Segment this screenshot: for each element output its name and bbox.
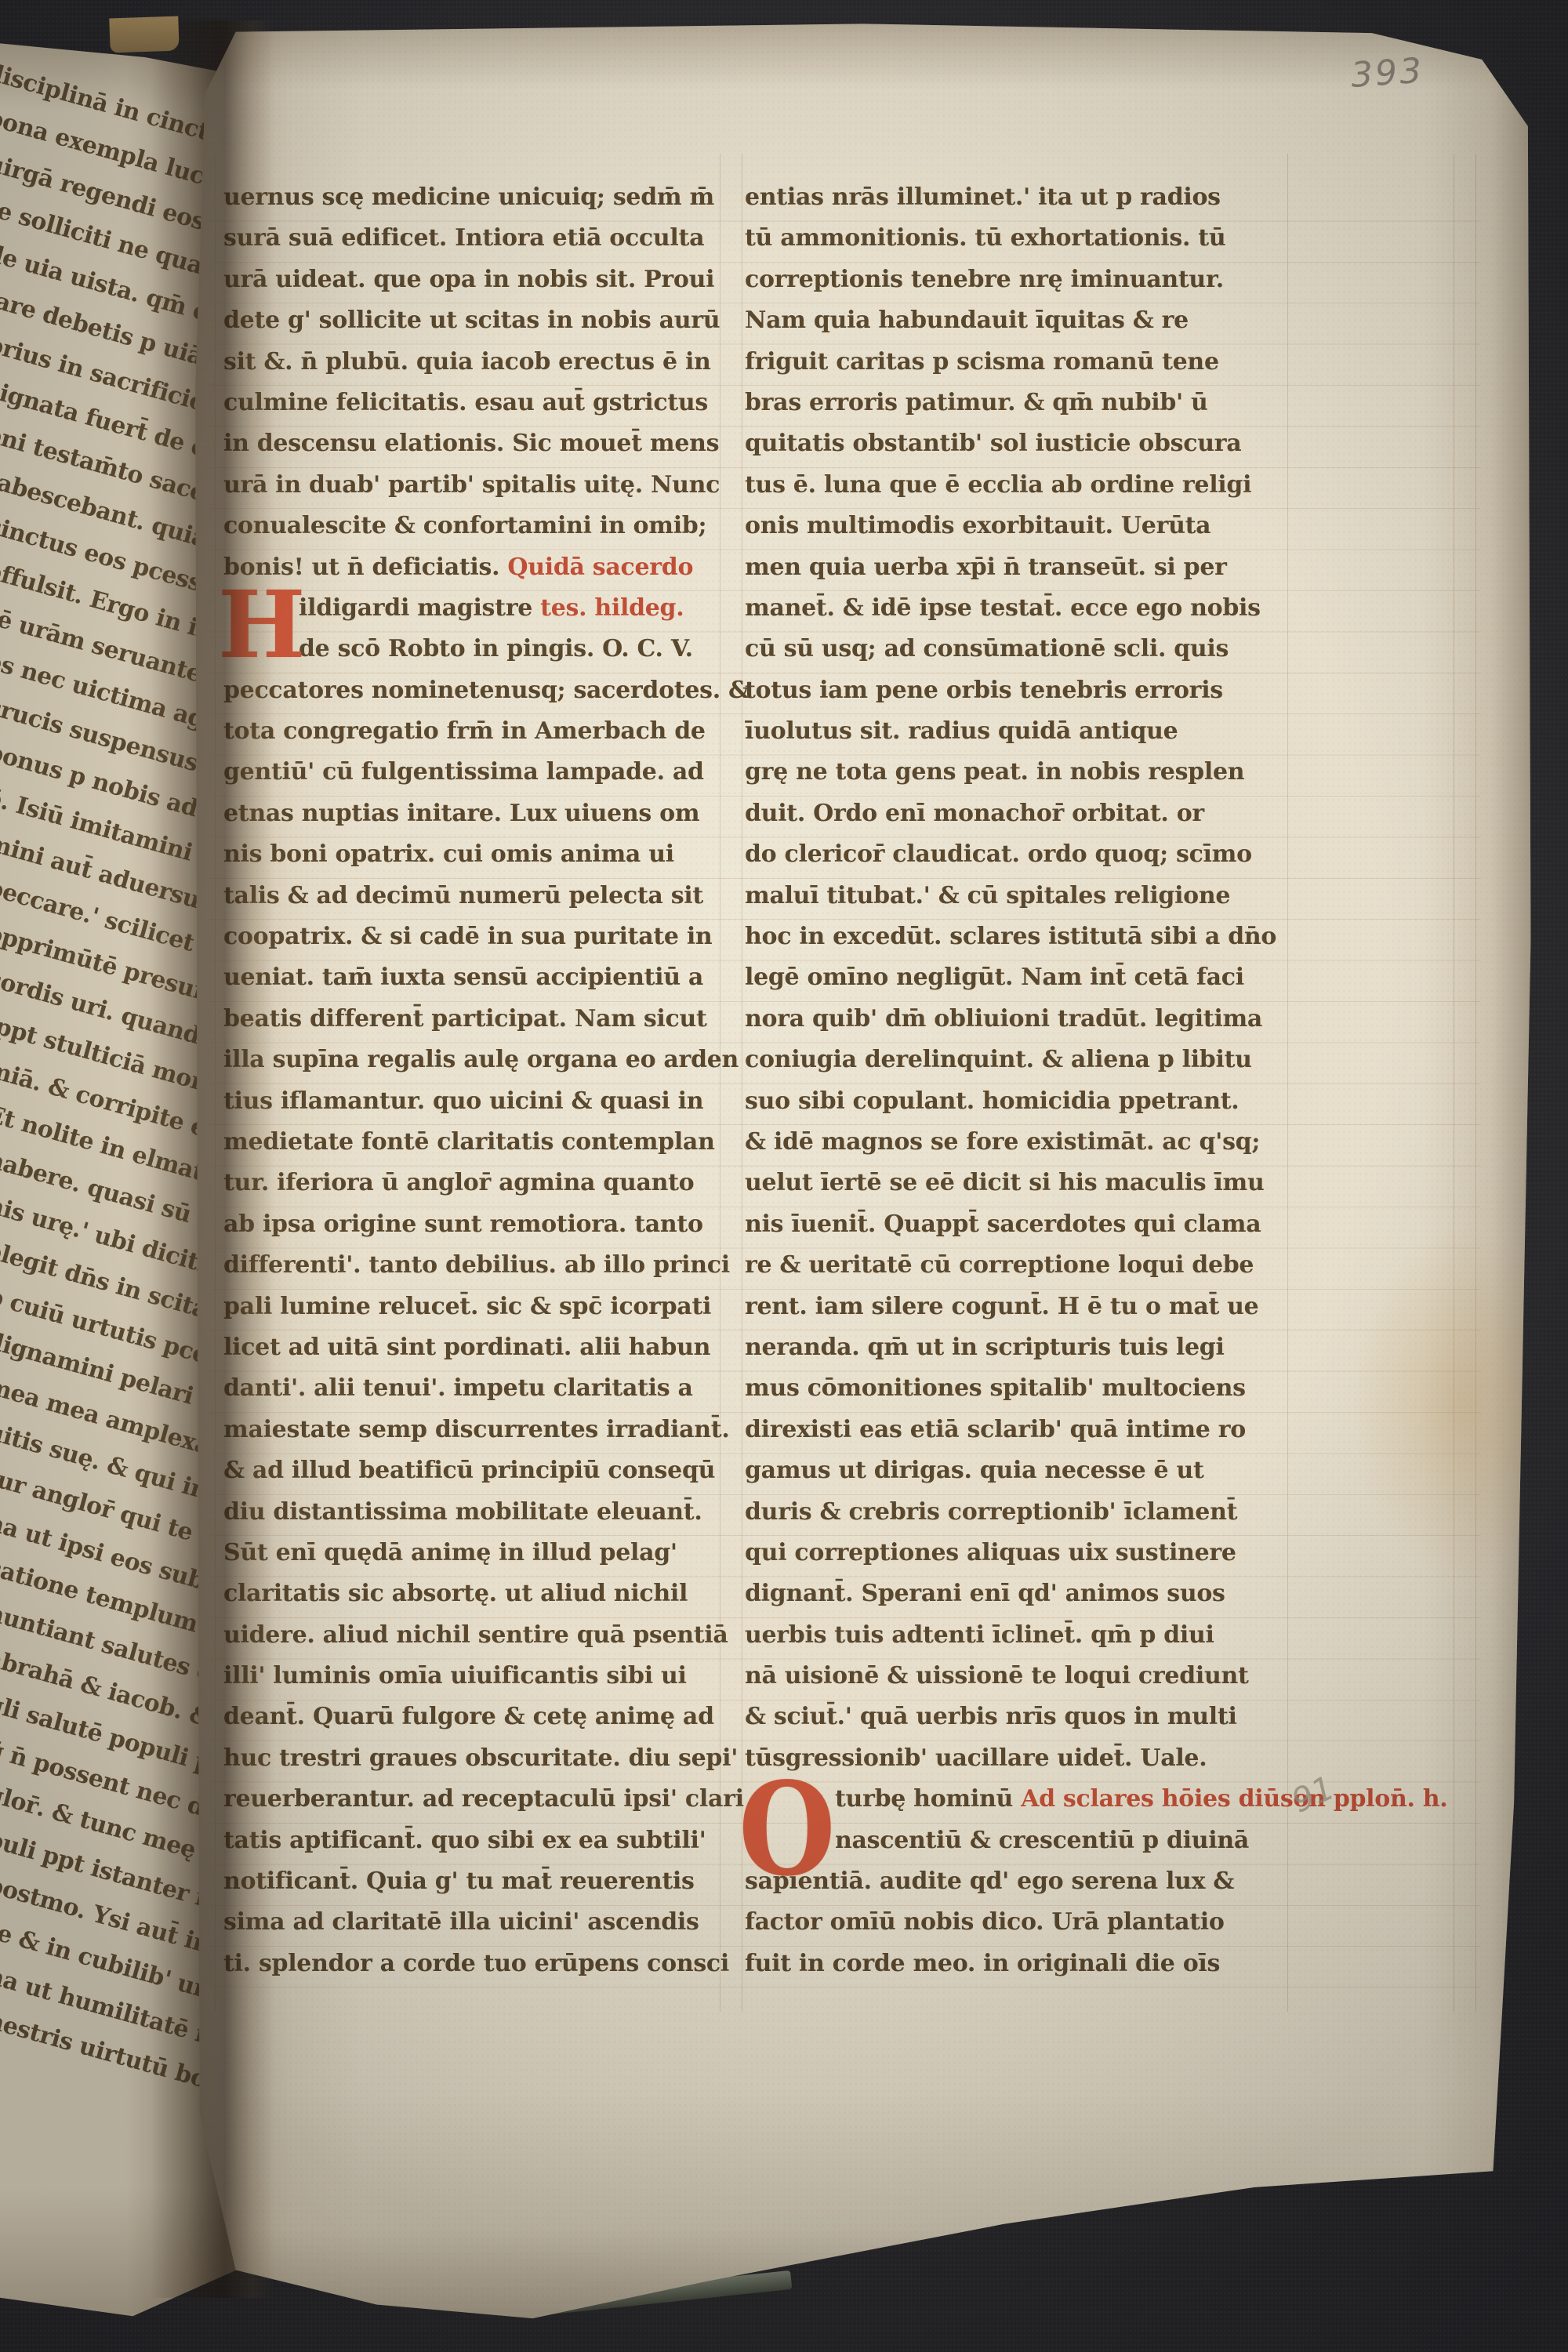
line-text: coopatrix. & si cadē in sua puritate in bbox=[223, 923, 712, 950]
line-text: beatis different̄ participat. Nam sicut bbox=[223, 1005, 707, 1033]
line-text: men quia uerba xp̄i n̄ transeūt. si per bbox=[745, 554, 1227, 581]
line-text: nā uisionē & uissionē te loqui crediunt bbox=[745, 1662, 1249, 1690]
line-text: fuit in corde meo. in originali die oīs bbox=[745, 1950, 1220, 1977]
line-text: turbę hominū bbox=[835, 1785, 1021, 1813]
line-text: rent. iam silere cogunt̄. H ē tu o mat̄ … bbox=[745, 1293, 1258, 1320]
line-text: tatis aptificant̄. quo sibi ex ea subtil… bbox=[223, 1827, 706, 1854]
line-text: gentiū' cū fulgentissima lampade. ad bbox=[223, 758, 704, 786]
line-text: sit &. n̄ plubū. quia iacob erectus ē in bbox=[223, 348, 711, 376]
text-line: tū ammonitionis. tū exhortationis. tū bbox=[745, 218, 1356, 259]
line-text: dete g' sollicite ut scitas in nobis aur… bbox=[223, 307, 720, 334]
text-line: conualescite & confortamini in omib; bbox=[223, 506, 725, 546]
text-line: pali lumine relucet̄. sic & spc̄ icorpat… bbox=[223, 1287, 725, 1327]
line-text: tus ē. luna que ē ecclia ab ordine relig… bbox=[745, 471, 1251, 499]
text-line: talis & ad decimū numerū pelecta sit bbox=[223, 876, 725, 916]
line-text: conualescite & confortamini in omib; bbox=[223, 512, 706, 539]
line-text: culmine felicitatis. esau aut̄ gstrictus bbox=[223, 389, 708, 416]
rubric-text: tes. hildeg. bbox=[540, 594, 684, 622]
main-page: 393 91 uernus scę medicine unicuiq; sedm… bbox=[140, 20, 1534, 2321]
line-text: legē omīno negligūt. Nam int̄ cetā faci bbox=[745, 964, 1244, 991]
text-line: sima ad claritatē illa uicini' ascendis bbox=[223, 1902, 725, 1943]
text-line: illi' luminis omīa uiuificantis sibi ui bbox=[223, 1656, 725, 1697]
line-text: nis īuenit̄. Quappt̄ sacerdotes qui clam… bbox=[745, 1210, 1261, 1238]
text-line: maiestate semp discurrentes irradiant̄. bbox=[223, 1410, 725, 1450]
line-text: Sūt enī quędā animę in illud pelag' bbox=[223, 1539, 677, 1566]
text-line: uerbis tuis adtenti īclinet̄. qm̄ p diui bbox=[745, 1615, 1356, 1656]
line-text: huc trestri graues obscuritate. diu sepi… bbox=[223, 1744, 738, 1772]
text-line: īuolutus sit. radius quidā antique bbox=[745, 711, 1356, 752]
text-line: medietate fontē claritatis contemplan bbox=[223, 1122, 725, 1163]
line-text: tota congregatio frm̄ in Amerbach de bbox=[223, 717, 706, 745]
line-text: & idē magnos se fore existimāt. ac q'sq; bbox=[745, 1128, 1260, 1156]
line-text: medietate fontē claritatis contemplan bbox=[223, 1128, 715, 1156]
text-line: maluī titubat.' & cū spitales religione bbox=[745, 876, 1356, 916]
line-text: cū sū usq; ad consūmationē scli. quis bbox=[745, 635, 1229, 662]
text-line: danti'. alii tenui'. impetu claritatis a bbox=[223, 1368, 725, 1409]
line-text: quitatis obstantib' sol iusticie obscura bbox=[745, 430, 1241, 457]
text-line: ti. splendor a corde tuo erūpens consci bbox=[223, 1944, 725, 1984]
line-text: uelut īertē se eē dicit si his maculis ī… bbox=[745, 1169, 1264, 1196]
text-line: grę ne tota gens peat. in nobis resplen bbox=[745, 752, 1356, 793]
line-text: licet ad uitā sint pordinati. alii habun bbox=[223, 1334, 710, 1361]
line-text: claritatis sic absortę. ut aliud nichil bbox=[223, 1580, 688, 1607]
line-text: hoc in excedūt. sclares istitutā sibi a … bbox=[745, 923, 1276, 950]
initial-H: H bbox=[218, 582, 306, 668]
text-line: direxisti eas etiā sclarib' quā intime r… bbox=[745, 1410, 1356, 1450]
text-line: diu distantissima mobilitate eleuant̄. bbox=[223, 1492, 725, 1533]
text-column-1: uernus scę medicine unicuiq; sedm̄ m̄sur… bbox=[223, 177, 725, 1984]
line-text: diu distantissima mobilitate eleuant̄. bbox=[223, 1498, 702, 1526]
line-text: deant̄. Quarū fulgore & cetę animę ad bbox=[223, 1703, 714, 1730]
line-text: peccatores nominetenusq; sacerdotes. & bbox=[223, 677, 750, 704]
text-line: entias nrās illuminet.' ita ut p radios bbox=[745, 177, 1356, 218]
text-line: coniugia derelinquint. & aliena p libitu bbox=[745, 1040, 1356, 1080]
text-line: uelut īertē se eē dicit si his maculis ī… bbox=[745, 1163, 1356, 1203]
line-text: do clericor̄ claudicat. ordo quoq; scīmo bbox=[745, 840, 1252, 868]
text-line: tatis aptificant̄. quo sibi ex ea subtil… bbox=[223, 1820, 725, 1861]
text-line: dete g' sollicite ut scitas in nobis aur… bbox=[223, 300, 725, 341]
text-line: etnas nuptias initare. Lux uiuens om bbox=[223, 793, 725, 834]
text-line: beatis different̄ participat. Nam sicut bbox=[223, 999, 725, 1040]
line-text: mus cōmonitiones spitalib' multociens bbox=[745, 1374, 1246, 1402]
stain bbox=[1351, 1228, 1568, 1581]
text-line: correptionis tenebre nrę iminuantur. bbox=[745, 260, 1356, 300]
text-line: dignant̄. Sperani enī qd' animos suos bbox=[745, 1573, 1356, 1614]
line-text: uidere. aliud nichil sentire quā psentiā bbox=[223, 1621, 728, 1649]
line-text: onis multimodis exorbitauit. Uerūta bbox=[745, 512, 1210, 539]
text-line: coopatrix. & si cadē in sua puritate in bbox=[223, 916, 725, 957]
line-text: nora quib' dm̄ obliuioni tradūt. legitim… bbox=[745, 1005, 1262, 1033]
line-text: & sciut̄.' quā uerbis nrīs quos in multi bbox=[745, 1703, 1237, 1730]
text-line: ueniat. tam̄ iuxta sensū accipientiū a bbox=[223, 957, 725, 998]
vertical-rule bbox=[1475, 154, 1476, 2012]
line-text: grę ne tota gens peat. in nobis resplen bbox=[745, 758, 1244, 786]
line-text: neranda. qm̄ ut in scripturis tuis legi bbox=[745, 1334, 1225, 1361]
line-text: uernus scę medicine unicuiq; sedm̄ m̄ bbox=[223, 183, 714, 211]
line-text: gamus ut dirigas. quia necesse ē ut bbox=[745, 1457, 1204, 1484]
line-text: illa supīna regalis aulę organa eo arden bbox=[223, 1046, 739, 1073]
text-line: nora quib' dm̄ obliuioni tradūt. legitim… bbox=[745, 999, 1356, 1040]
text-line: & sciut̄.' quā uerbis nrīs quos in multi bbox=[745, 1697, 1356, 1737]
text-line: nis īuenit̄. Quappt̄ sacerdotes qui clam… bbox=[745, 1204, 1356, 1245]
text-line: & idē magnos se fore existimāt. ac q'sq; bbox=[745, 1122, 1356, 1163]
line-text: sima ad claritatē illa uicini' ascendis bbox=[223, 1908, 699, 1936]
line-text: re & ueritatē cū correptione loqui debe bbox=[745, 1251, 1254, 1279]
text-line: duit. Ordo enī monachor̄ orbitat. or bbox=[745, 793, 1356, 834]
line-text: danti'. alii tenui'. impetu claritatis a bbox=[223, 1374, 693, 1402]
text-line: tus ē. luna que ē ecclia ab ordine relig… bbox=[745, 465, 1356, 506]
line-text: coniugia derelinquint. & aliena p libitu bbox=[745, 1046, 1252, 1073]
text-line: tius iflamantur. quo uicini & quasi in bbox=[223, 1081, 725, 1122]
text-line: uidere. aliud nichil sentire quā psentiā bbox=[223, 1615, 725, 1656]
line-text: Nam quia habundauit īquitas & re bbox=[745, 307, 1189, 334]
line-text: manet̄. & idē ipse testat̄. ecce ego nob… bbox=[745, 594, 1261, 622]
line-text: nis boni opatrix. cui omis anima ui bbox=[223, 840, 674, 868]
line-text: totus iam pene orbis tenebris erroris bbox=[745, 677, 1223, 704]
text-line: ab ipsa origine sunt remotiora. tanto bbox=[223, 1204, 725, 1245]
text-column-2: entias nrās illuminet.' ita ut p radiost… bbox=[745, 177, 1356, 1984]
rubric-text: Ad sclares hōies diūson pplon̄. h. bbox=[1021, 1785, 1447, 1813]
vertical-rule bbox=[215, 154, 216, 2012]
text-line: quitatis obstantib' sol iusticie obscura bbox=[745, 423, 1356, 464]
line-text: correptionis tenebre nrę iminuantur. bbox=[745, 266, 1224, 293]
line-text: illi' luminis omīa uiuificantis sibi ui bbox=[223, 1662, 687, 1690]
line-text: duit. Ordo enī monachor̄ orbitat. or bbox=[745, 800, 1204, 827]
line-text: direxisti eas etiā sclarib' quā intime r… bbox=[745, 1416, 1246, 1443]
text-line: & ad illud beatificū principiū conseqū bbox=[223, 1450, 725, 1491]
text-line: sit &. n̄ plubū. quia iacob erectus ē in bbox=[223, 342, 725, 383]
text-line: culmine felicitatis. esau aut̄ gstrictus bbox=[223, 383, 725, 423]
line-text: urā uideat. que opa in nobis sit. Proui bbox=[223, 266, 714, 293]
text-line: urā in duab' partib' spitalis uitę. Nunc bbox=[223, 465, 725, 506]
line-text: tur. iferiora ū anglor̄ agmina quanto bbox=[223, 1169, 694, 1196]
line-text: tius iflamantur. quo uicini & quasi in bbox=[223, 1087, 703, 1115]
line-text: & ad illud beatificū principiū conseqū bbox=[223, 1457, 715, 1484]
text-line: licet ad uitā sint pordinati. alii habun bbox=[223, 1327, 725, 1368]
text-line: tūsgressionib' uacillare uidet̄. Uale. bbox=[745, 1738, 1356, 1779]
text-line: turbę hominū Ad sclares hōies diūson ppl… bbox=[745, 1779, 1356, 1820]
text-line: notificant̄. Quia g' tu mat̄ reuerentis bbox=[223, 1861, 725, 1902]
folio-number: 393 bbox=[1349, 45, 1508, 96]
line-text: pali lumine relucet̄. sic & spc̄ icorpat… bbox=[223, 1293, 711, 1320]
line-text: friguit caritas p scisma romanū tene bbox=[745, 348, 1219, 376]
line-text: ildigardi magistre bbox=[299, 594, 540, 622]
line-text: ti. splendor a corde tuo erūpens consci bbox=[223, 1950, 729, 1977]
text-line: qui correptiones aliquas uix sustinere bbox=[745, 1533, 1356, 1573]
text-line: in descensu elationis. Sic mouet̄ mens bbox=[223, 423, 725, 464]
text-line: Nam quia habundauit īquitas & re bbox=[745, 300, 1356, 341]
line-text: maluī titubat.' & cū spitales religione bbox=[745, 882, 1230, 909]
line-text: reuerberantur. ad receptaculū ipsi' clar… bbox=[223, 1785, 744, 1813]
text-line: tur. iferiora ū anglor̄ agmina quanto bbox=[223, 1163, 725, 1203]
text-line: huc trestri graues obscuritate. diu sepi… bbox=[223, 1738, 725, 1779]
line-text: qui correptiones aliquas uix sustinere bbox=[745, 1539, 1236, 1566]
text-line: bras erroris patimur. & qm̄ nubib' ū bbox=[745, 383, 1356, 423]
text-line: claritatis sic absortę. ut aliud nichil bbox=[223, 1573, 725, 1614]
line-text: factor omīū nobis dico. Urā plantatio bbox=[745, 1908, 1225, 1936]
line-text: maiestate semp discurrentes irradiant̄. bbox=[223, 1416, 729, 1443]
vertical-rule bbox=[742, 154, 742, 2012]
rubric-text: Quidā sacerdo bbox=[507, 554, 693, 581]
text-line: illa supīna regalis aulę organa eo arden bbox=[223, 1040, 725, 1080]
text-line: totus iam pene orbis tenebris erroris bbox=[745, 670, 1356, 711]
text-line: surā suā edificet. Intiora etiā occulta bbox=[223, 218, 725, 259]
text-line: manet̄. & idē ipse testat̄. ecce ego nob… bbox=[745, 588, 1356, 629]
text-line: factor omīū nobis dico. Urā plantatio bbox=[745, 1902, 1356, 1943]
initial-O: O bbox=[739, 1772, 836, 1887]
line-text: ab ipsa origine sunt remotiora. tanto bbox=[223, 1210, 703, 1238]
text-line: sapientiā. audite qd' ego serena lux & bbox=[745, 1861, 1356, 1902]
text-line: Sūt enī quędā animę in illud pelag' bbox=[223, 1533, 725, 1573]
text-line: onis multimodis exorbitauit. Uerūta bbox=[745, 506, 1356, 546]
line-text: dignant̄. Sperani enī qd' animos suos bbox=[745, 1580, 1225, 1607]
manuscript-photo: disciplinā in cinctura lumbobona exempla… bbox=[0, 0, 1568, 2352]
text-line: nascentiū & crescentiū p diuinā bbox=[745, 1820, 1356, 1861]
text-line: friguit caritas p scisma romanū tene bbox=[745, 342, 1356, 383]
line-text: etnas nuptias initare. Lux uiuens om bbox=[223, 800, 699, 827]
text-line: rent. iam silere cogunt̄. H ē tu o mat̄ … bbox=[745, 1287, 1356, 1327]
text-line: cū sū usq; ad consūmationē scli. quis bbox=[745, 629, 1356, 670]
line-text: nascentiū & crescentiū p diuinā bbox=[835, 1827, 1249, 1854]
text-line: fuit in corde meo. in originali die oīs bbox=[745, 1944, 1356, 1984]
text-line: mus cōmonitiones spitalib' multociens bbox=[745, 1368, 1356, 1409]
text-line: tota congregatio frm̄ in Amerbach de bbox=[223, 711, 725, 752]
text-line: nā uisionē & uissionē te loqui crediunt bbox=[745, 1656, 1356, 1697]
text-line: duris & crebris correptionib' īclament̄ bbox=[745, 1492, 1356, 1533]
line-text: entias nrās illuminet.' ita ut p radios bbox=[745, 183, 1221, 211]
text-line: suo sibi copulant. homicidia ppetrant. bbox=[745, 1081, 1356, 1122]
line-text: suo sibi copulant. homicidia ppetrant. bbox=[745, 1087, 1239, 1115]
line-text: ueniat. tam̄ iuxta sensū accipientiū a bbox=[223, 964, 703, 991]
text-line: differenti'. tanto debilius. ab illo pri… bbox=[223, 1245, 725, 1286]
line-text: differenti'. tanto debilius. ab illo pri… bbox=[223, 1251, 730, 1279]
line-text: duris & crebris correptionib' īclament̄ bbox=[745, 1498, 1237, 1526]
text-line: deant̄. Quarū fulgore & cetę animę ad bbox=[223, 1697, 725, 1737]
text-line: legē omīno negligūt. Nam int̄ cetā faci bbox=[745, 957, 1356, 998]
line-text: talis & ad decimū numerū pelecta sit bbox=[223, 882, 703, 909]
line-text: notificant̄. Quia g' tu mat̄ reuerentis bbox=[223, 1867, 695, 1895]
line-text: bras erroris patimur. & qm̄ nubib' ū bbox=[745, 389, 1208, 416]
text-line: men quia uerba xp̄i n̄ transeūt. si per bbox=[745, 547, 1356, 588]
line-text: tū ammonitionis. tū exhortationis. tū bbox=[745, 224, 1225, 252]
text-line: re & ueritatē cū correptione loqui debe bbox=[745, 1245, 1356, 1286]
line-text: urā in duab' partib' spitalis uitę. Nunc bbox=[223, 471, 720, 499]
line-text: uerbis tuis adtenti īclinet̄. qm̄ p diui bbox=[745, 1621, 1214, 1649]
text-line: urā uideat. que opa in nobis sit. Proui bbox=[223, 260, 725, 300]
text-line: hoc in excedūt. sclares istitutā sibi a … bbox=[745, 916, 1356, 957]
text-line: reuerberantur. ad receptaculū ipsi' clar… bbox=[223, 1779, 725, 1820]
text-line: gamus ut dirigas. quia necesse ē ut bbox=[745, 1450, 1356, 1491]
line-text: de scō Robto in pingis. O. C. V. bbox=[299, 635, 693, 662]
line-text: in descensu elationis. Sic mouet̄ mens bbox=[223, 430, 719, 457]
text-line: uernus scę medicine unicuiq; sedm̄ m̄ bbox=[223, 177, 725, 218]
vertical-rule bbox=[1454, 154, 1454, 2012]
line-text: surā suā edificet. Intiora etiā occulta bbox=[223, 224, 704, 252]
text-line: nis boni opatrix. cui omis anima ui bbox=[223, 834, 725, 875]
text-line: neranda. qm̄ ut in scripturis tuis legi bbox=[745, 1327, 1356, 1368]
text-line: do clericor̄ claudicat. ordo quoq; scīmo bbox=[745, 834, 1356, 875]
leather-tab bbox=[109, 16, 179, 53]
text-line: gentiū' cū fulgentissima lampade. ad bbox=[223, 752, 725, 793]
line-text: īuolutus sit. radius quidā antique bbox=[745, 717, 1178, 745]
